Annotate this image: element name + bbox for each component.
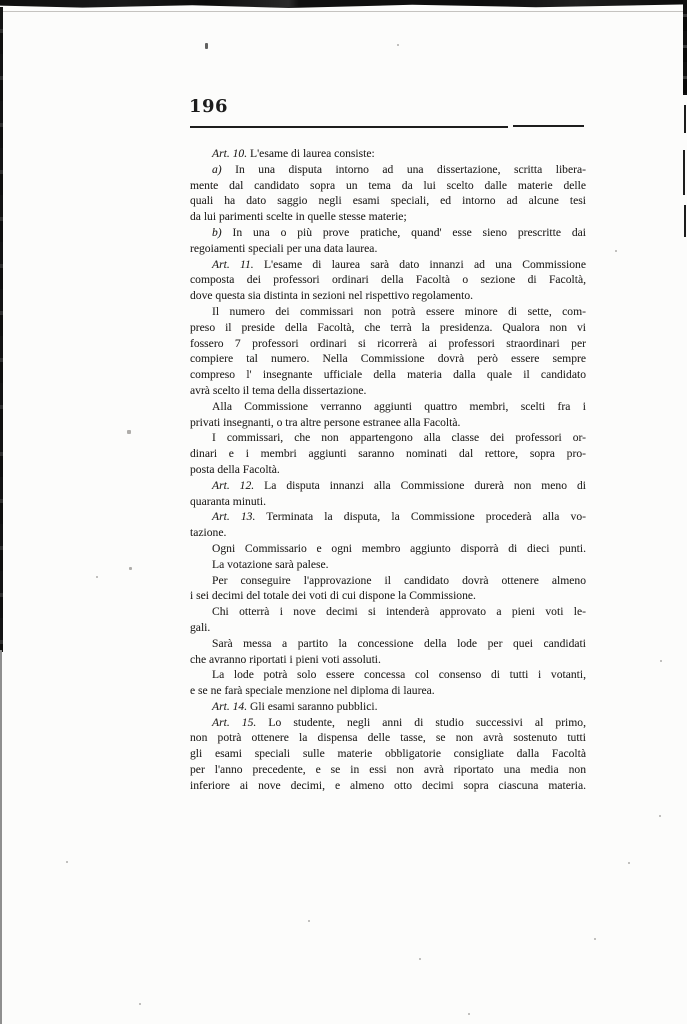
text-line: a) In una disputa intorno ad una dissert… [190, 162, 586, 178]
scan-speck [129, 567, 132, 570]
scan-speck [594, 938, 596, 940]
text-line: I commissari, che non appartengono alla … [190, 430, 586, 446]
scan-speck [127, 430, 131, 434]
text-line: Art. 11. L'esame di laurea sarà dato inn… [190, 257, 586, 273]
text-line: Chi otterrà i nove decimi si intenderà a… [190, 604, 586, 620]
text-line: gali. [190, 620, 586, 636]
text-line: e se ne farà speciale menzione nel diplo… [190, 683, 586, 699]
text-line: Per conseguire l'approvazione il candida… [190, 573, 586, 589]
text-line: b) In una o più prove pratiche, quand' e… [190, 225, 586, 241]
scan-speck [660, 660, 662, 662]
text-line: da lui parimenti scelte in quelle stesse… [190, 209, 586, 225]
scanned-page: 196 Art. 10. L'esame di laurea consiste:… [0, 0, 687, 1024]
text-line: che avranno riportati i pieni voti assol… [190, 652, 586, 668]
text-line: preso il preside della Facoltà, che terr… [190, 320, 586, 336]
text-line: La lode potrà solo essere concessa col c… [190, 667, 586, 683]
scan-edge-left [0, 7, 3, 652]
text-line: composta dei professori ordinari della F… [190, 272, 586, 288]
text-line: La votazione sarà palese. [190, 557, 586, 573]
text-line: fossero 7 professori ordinari si ricorre… [190, 336, 586, 352]
text-line: gli esami speciali sulle materie obbliga… [190, 746, 586, 762]
scan-edge-right [683, 0, 687, 95]
article-label: Art. 13. [212, 510, 255, 523]
text-line: inferiore ai nove decimi, e almeno otto … [190, 778, 586, 794]
header-rule-right [513, 125, 584, 127]
scan-speck [468, 1013, 470, 1015]
scan-edge-left-lower [0, 650, 2, 1024]
text-line: posta della Facoltà. [190, 462, 586, 478]
article-label: Art. 14. [212, 700, 247, 713]
text-line: avrà scelto il tema della dissertazione. [190, 383, 586, 399]
text-block: Art. 10. L'esame di laurea consiste:a) I… [190, 146, 586, 794]
text-line: Alla Commissione verranno aggiunti quatt… [190, 399, 586, 415]
scan-speck [96, 576, 98, 578]
scan-speck [397, 44, 399, 46]
text-line: per l'anno precedente, e se in essi non … [190, 762, 586, 778]
scan-speck [615, 250, 617, 252]
scan-speck [66, 861, 68, 863]
page-number: 196 [189, 96, 228, 117]
text-line: compiere tal numero. Nella Commissione d… [190, 351, 586, 367]
article-label: Art. 12. [212, 479, 254, 492]
text-line: compreso l' insegnante ufficiale della m… [190, 367, 586, 383]
text-line: quaranta minuti. [190, 494, 586, 510]
text-line: Ogni Commissario e ogni membro aggiunto … [190, 541, 586, 557]
text-line: regoiamenti speciali per una data laurea… [190, 241, 586, 257]
text-line: quali ha dato saggio negli esami special… [190, 193, 586, 209]
text-line: privati insegnanti, o tra altre persone … [190, 415, 586, 431]
text-line: Art. 10. L'esame di laurea consiste: [190, 146, 586, 162]
text-line: dove questa sia distinta in sezioni nel … [190, 288, 586, 304]
text-line: Art. 15. Lo studente, negli anni di stud… [190, 715, 586, 731]
scan-speck [419, 958, 421, 960]
text-line: non potrà ottenere la dispensa delle tas… [190, 730, 586, 746]
scan-line-top [0, 11, 687, 12]
scan-speck [205, 43, 208, 49]
article-label: a) [212, 163, 222, 176]
scan-speck [659, 815, 661, 817]
text-line: Art. 13. Terminata la disputa, la Commis… [190, 509, 586, 525]
article-label: Art. 10. [212, 147, 247, 160]
scan-edge-right-dash [683, 150, 685, 195]
text-line: Sarà messa a partito la concessione dell… [190, 636, 586, 652]
scan-edge-right-dash [684, 105, 686, 133]
header-rule-left [190, 126, 508, 128]
text-line: tazione. [190, 525, 586, 541]
scan-speck [139, 1003, 141, 1005]
scan-speck [308, 920, 310, 922]
scan-edge-top [0, 0, 687, 8]
text-line: Il numero dei commissari non potrà esser… [190, 304, 586, 320]
scan-speck [628, 862, 630, 864]
article-label: b) [212, 226, 222, 239]
text-line: i sei decimi del totale dei voti di cui … [190, 588, 586, 604]
article-label: Art. 15. [212, 716, 256, 729]
scan-edge-right-dash [684, 205, 686, 237]
text-line: Art. 14. Gli esami saranno pubblici. [190, 699, 586, 715]
article-label: Art. 11. [212, 258, 254, 271]
text-line: mente dal candidato sopra un tema da lui… [190, 178, 586, 194]
text-line: Art. 12. La disputa innanzi alla Commiss… [190, 478, 586, 494]
text-line: dinari e i membri aggiunti saranno nomin… [190, 446, 586, 462]
